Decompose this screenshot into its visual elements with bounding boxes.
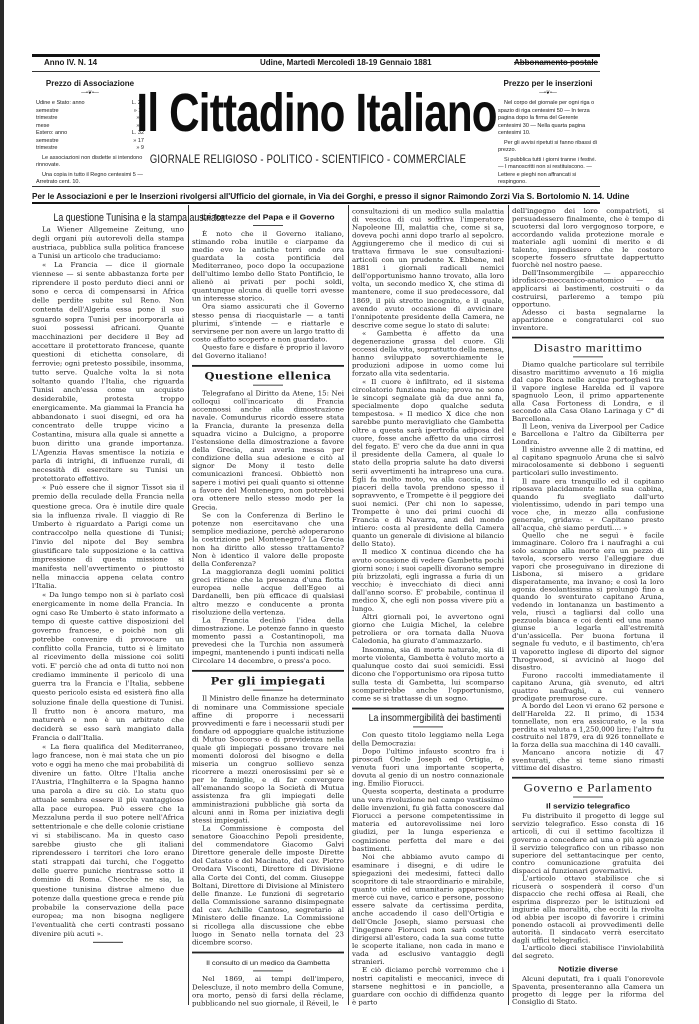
- subscription-period: semestre: [36, 138, 59, 146]
- ornament: —•❦•—: [498, 90, 598, 98]
- ads-price-box: Prezzo per le inserzioni —•❦•— Nel corpo…: [498, 80, 598, 189]
- column-4: dell'ingegno dei loro compatrioti, si pe…: [512, 208, 664, 1007]
- article-paragraph: Fu distribuito il progetto di legge sul …: [512, 813, 664, 875]
- section-dash: [573, 797, 603, 798]
- article-paragraph: Furono raccolti immediatamente il capita…: [512, 672, 664, 703]
- column-divider: [348, 205, 349, 1005]
- subscription-note: Una copia in tutto il Regno centesimi 5 …: [36, 172, 144, 187]
- section-dash: [253, 225, 283, 226]
- article-headline: Le fortezze del Papa e il Governo: [192, 213, 344, 222]
- article-paragraph: Ora siamo assicurati che il Governo stes…: [192, 304, 344, 345]
- ads-note: Per gli avvisi ripetuti si fanno ribassi…: [498, 140, 598, 155]
- postal-note: Abbonamento postale: [514, 58, 598, 67]
- article-headline: Governo e Parlamento: [512, 784, 664, 794]
- article-paragraph: Telegrafano al Diritto da Atene, 15: Nei…: [192, 390, 344, 512]
- column-1: La questione Tunisina e la stampa austri…: [32, 208, 184, 948]
- article-paragraph: A bordo del Leon vi erano 62 persone e d…: [512, 703, 664, 750]
- subscription-period: Estero: anno: [36, 130, 67, 138]
- headline-text: La insommergibilità dei bastimenti: [369, 715, 502, 723]
- article-paragraph: Nel 1869, ai tempi dell'impero, Delesclu…: [192, 976, 344, 1008]
- article-paragraph: Il medico X continua dicendo che ha avut…: [352, 549, 504, 614]
- headline-text: Il consulto di un medico da Gambetta: [206, 959, 330, 967]
- article-paragraph: Altri giornali poi, le avvertono ogni gi…: [352, 614, 504, 646]
- article-paragraph: consultazioni di un medico sulla malatti…: [352, 208, 504, 330]
- article-separator: [192, 952, 344, 954]
- masthead: Il Cittadino Italiano GIORNALE RELIGIOSO…: [128, 80, 488, 166]
- headline-text: Per gli impiegati: [211, 675, 326, 688]
- article-paragraph: Il Ministro delle finanze ha determinato…: [192, 696, 344, 826]
- article-headline: Notizie diverse: [512, 966, 664, 975]
- article-paragraph: « Da lungo tempo non si è parlato così e…: [32, 591, 184, 742]
- article-paragraph: La maggioranza degli uomini politici gre…: [192, 568, 344, 617]
- article-headline: Il consulto di un medico da Gambetta: [192, 959, 344, 968]
- article-separator: [192, 365, 344, 367]
- headline-text: Notizie diverse: [558, 965, 618, 974]
- article-paragraph: Il sinistro avvenne alle 2 di mattina, e…: [512, 447, 664, 478]
- article-paragraph: La Commissione è composta del senatore G…: [192, 825, 344, 947]
- subscription-period: semestre: [36, 108, 59, 116]
- section-dash: [93, 942, 123, 943]
- article-paragraph: Se con la Conferenza di Berlino le poten…: [192, 512, 344, 569]
- newspaper-subtitle: GIORNALE RELIGIOSO - POLITICO - SCIENTIF…: [136, 154, 480, 166]
- article-paragraph: Il Leon, veniva da Liverpool per Cadice …: [512, 424, 664, 447]
- article-separator: [192, 670, 344, 672]
- article-paragraph: Alcuni deputati, fra i quali l'onorevole…: [512, 976, 664, 1007]
- article-paragraph: Insomma, sia di morte naturale, sia di m…: [352, 646, 504, 703]
- article-paragraph: La Wiener Allgemeine Zeitung, uno degli …: [32, 226, 184, 262]
- subscription-period: trimestre: [36, 145, 57, 153]
- page-scan-edge: [0, 0, 4, 1024]
- headline-text: Disastro marittimo: [534, 341, 643, 354]
- section-dash: [413, 726, 443, 727]
- masthead-top-rule: [32, 54, 600, 57]
- newspaper-page: Anno IV. N. 14 Udine, Martedì Mercoledì …: [28, 0, 603, 1024]
- article-headline: La insommergibilità dei bastimenti: [352, 715, 504, 724]
- column-3: consultazioni di un medico sulla malatti…: [352, 208, 504, 1008]
- article-paragraph: E ciò diciamo perchè vorremmo che i nost…: [352, 967, 504, 1008]
- article-paragraph: L'articolo dieci stabilisce l'inviolabil…: [512, 945, 664, 961]
- article-paragraph: Mancano ancora notizie di 47 sventurati,…: [512, 750, 664, 773]
- article-paragraph: « Gambetta è affetto da una degenerazion…: [352, 330, 504, 379]
- article-paragraph: Dopo l'ultimo infausto scontro fra i pir…: [352, 748, 504, 789]
- article-paragraph: L'articolo ottavo stabilisce che si ricu…: [512, 875, 664, 945]
- ads-note: Si pubblica tutti i giorni tranne i fest…: [498, 157, 598, 187]
- article-paragraph: « La fiera qualifica del Mediterraneo, l…: [32, 743, 184, 939]
- section-dash: [573, 356, 603, 357]
- headline-text: Questione ellenica: [205, 369, 332, 382]
- article-headline: Il servizio telegrafico: [512, 803, 664, 812]
- article-paragraph: Questo fare e disfare è proprio il lavor…: [192, 344, 344, 360]
- article-paragraph: Diamo qualche particolare sul terribile …: [512, 361, 664, 423]
- contact-bottom-rule: [32, 202, 600, 204]
- issue-number: Anno IV. N. 14: [44, 58, 97, 67]
- article-paragraph: Dell'Insommergibile — apparecchio idrofi…: [512, 270, 664, 309]
- article-paragraph: Quello che ne seguì è facile immaginare.…: [512, 532, 664, 672]
- article-paragraph: « La Francia — dice il giornale viennese…: [32, 261, 184, 484]
- ads-note: Nel corpo del giornale per ogni riga o s…: [498, 100, 598, 138]
- subscription-period: Udine e Stato: anno: [36, 100, 85, 108]
- column-divider: [508, 205, 509, 1005]
- section-dash: [253, 970, 283, 971]
- headline-text: Le fortezze del Papa e il Governo: [201, 212, 334, 221]
- headline-text: Il servizio telegrafico: [546, 802, 630, 811]
- article-headline: La questione Tunisina e la stampa austri…: [32, 214, 184, 224]
- dateline: Udine, Martedì Mercoledì 18-19 Gennaio 1…: [260, 58, 432, 67]
- contact-top-rule: [32, 186, 600, 187]
- article-headline: Per gli impiegati: [192, 678, 344, 688]
- article-separator: [352, 708, 504, 710]
- article-paragraph: « Può essere che il signor Tissot sia il…: [32, 484, 184, 591]
- article-separator: [512, 777, 664, 779]
- article-paragraph: La Francia declinò l'idea della dimostra…: [192, 617, 344, 666]
- section-dash: [253, 690, 283, 691]
- dateline-rule: [32, 71, 600, 72]
- section-dash: [253, 385, 283, 386]
- article-headline: Disastro marittimo: [512, 343, 664, 353]
- subscription-period: mese: [36, 123, 49, 131]
- article-paragraph: Noi che abbiamo avuto campo di esaminare…: [352, 853, 504, 967]
- column-divider: [188, 205, 189, 1005]
- subscription-period: trimestre: [36, 115, 57, 123]
- article-paragraph: È noto che il Governo italiano, stimando…: [192, 230, 344, 303]
- article-paragraph: Questa scoperta, destinata a produrre un…: [352, 789, 504, 854]
- column-2: Le fortezze del Papa e il GovernoÈ noto …: [192, 208, 344, 1008]
- article-paragraph: Con questo titolo leggiamo nella Lega de…: [352, 732, 504, 748]
- article-paragraph: dell'ingegno dei loro compatrioti, si pe…: [512, 208, 664, 270]
- article-headline: Questione ellenica: [192, 372, 344, 382]
- headline-text: Governo e Parlamento: [524, 781, 653, 794]
- article-paragraph: « Il cuore è infiltrato, ed il sistema c…: [352, 378, 504, 548]
- article-paragraph: Il mare era tranquillo ed il capitano ri…: [512, 478, 664, 532]
- article-paragraph: Adesso ci basta segnalarne la apparizion…: [512, 309, 664, 332]
- ads-title: Prezzo per le inserzioni: [498, 80, 598, 88]
- article-separator: [512, 336, 664, 338]
- contact-line: Per le Associazioni e per le Inserzioni …: [32, 192, 600, 201]
- newspaper-title: Il Cittadino Italiano: [136, 80, 479, 146]
